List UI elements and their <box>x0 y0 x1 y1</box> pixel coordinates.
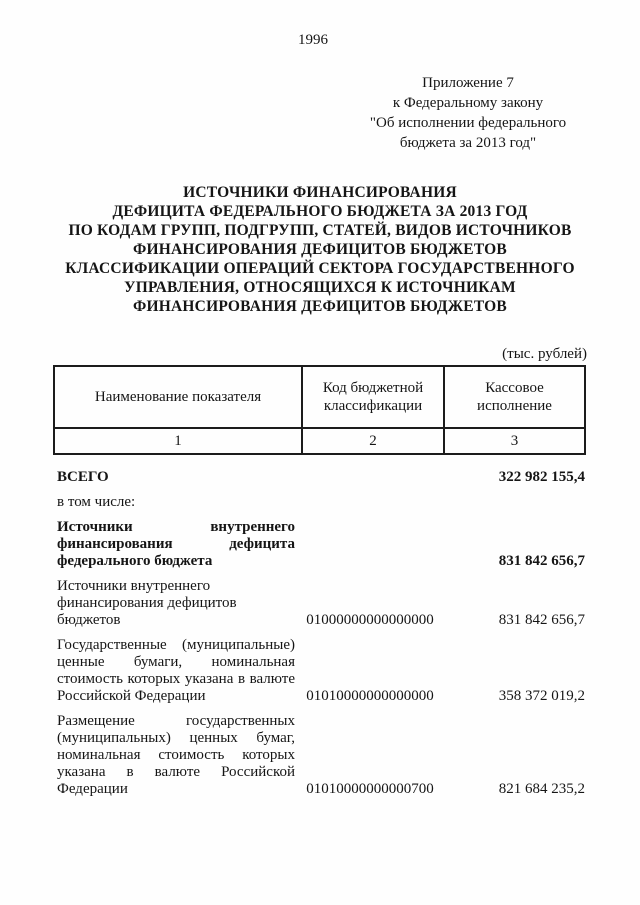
title-line: КЛАССИФИКАЦИИ ОПЕРАЦИЙ СЕКТОРА ГОСУДАРСТ… <box>30 259 610 278</box>
table-row-total: ВСЕГО 322 982 155,4 <box>53 469 587 486</box>
row-name: ВСЕГО <box>53 469 295 486</box>
appendix-line: Приложение 7 <box>348 73 588 93</box>
row-code: 01000000000000000 <box>295 612 445 629</box>
column-number-2: 2 <box>302 428 444 454</box>
row-value: 831 842 656,7 <box>445 553 587 570</box>
row-name: Размещение государственных (муниципальны… <box>53 713 295 798</box>
column-header-code: Код бюджетной классификации <box>302 366 444 428</box>
table-column-number-row: 1 2 3 <box>54 428 585 454</box>
appendix-line: бюджета за 2013 год" <box>348 133 588 153</box>
row-code: 01010000000000700 <box>295 781 445 798</box>
appendix-line: к Федеральному закону <box>348 93 588 113</box>
row-code: 01010000000000000 <box>295 688 445 705</box>
row-value: 821 684 235,2 <box>445 781 587 798</box>
column-number-3: 3 <box>444 428 585 454</box>
appendix-reference: Приложение 7 к Федеральному закону "Об и… <box>348 73 588 153</box>
document-title: ИСТОЧНИКИ ФИНАНСИРОВАНИЯ ДЕФИЦИТА ФЕДЕРА… <box>30 183 610 316</box>
document-page: 1996 Приложение 7 к Федеральному закону … <box>0 0 640 905</box>
row-value: 831 842 656,7 <box>445 612 587 629</box>
title-line: ФИНАНСИРОВАНИЯ ДЕФИЦИТОВ БЮДЖЕТОВ <box>30 297 610 316</box>
table-header-row: Наименование показателя Код бюджетной кл… <box>54 366 585 428</box>
column-header-name: Наименование показателя <box>54 366 302 428</box>
row-value: 358 372 019,2 <box>445 688 587 705</box>
column-header-value: Кассовое исполнение <box>444 366 585 428</box>
column-number-1: 1 <box>54 428 302 454</box>
row-name: в том числе: <box>53 494 295 511</box>
table-row: Источники внутреннего финансирования деф… <box>53 578 587 629</box>
row-name: Источники внутреннего финансирования деф… <box>53 578 295 629</box>
title-line: ПО КОДАМ ГРУПП, ПОДГРУПП, СТАТЕЙ, ВИДОВ … <box>30 221 610 240</box>
table-row: Источники внутреннего финансирования деф… <box>53 519 587 570</box>
title-line: ИСТОЧНИКИ ФИНАНСИРОВАНИЯ <box>30 183 610 202</box>
table-row: Государственные (муниципальные) ценные б… <box>53 637 587 705</box>
table-row-including-label: в том числе: <box>53 494 587 511</box>
row-value: 322 982 155,4 <box>445 469 587 486</box>
title-line: ДЕФИЦИТА ФЕДЕРАЛЬНОГО БЮДЖЕТА ЗА 2013 ГО… <box>30 202 610 221</box>
table-body: ВСЕГО 322 982 155,4 в том числе: Источни… <box>53 469 587 806</box>
title-line: ФИНАНСИРОВАНИЯ ДЕФИЦИТОВ БЮДЖЕТОВ <box>30 240 610 259</box>
appendix-line: "Об исполнении федерального <box>348 113 588 133</box>
page-number: 1996 <box>0 32 626 49</box>
row-name: Государственные (муниципальные) ценные б… <box>53 637 295 705</box>
row-name: Источники внутреннего финансирования деф… <box>53 519 295 570</box>
title-line: УПРАВЛЕНИЯ, ОТНОСЯЩИХСЯ К ИСТОЧНИКАМ <box>30 278 610 297</box>
units-note: (тыс. рублей) <box>53 346 587 363</box>
table-row: Размещение государственных (муниципальны… <box>53 713 587 798</box>
table-header: Наименование показателя Код бюджетной кл… <box>53 365 586 455</box>
